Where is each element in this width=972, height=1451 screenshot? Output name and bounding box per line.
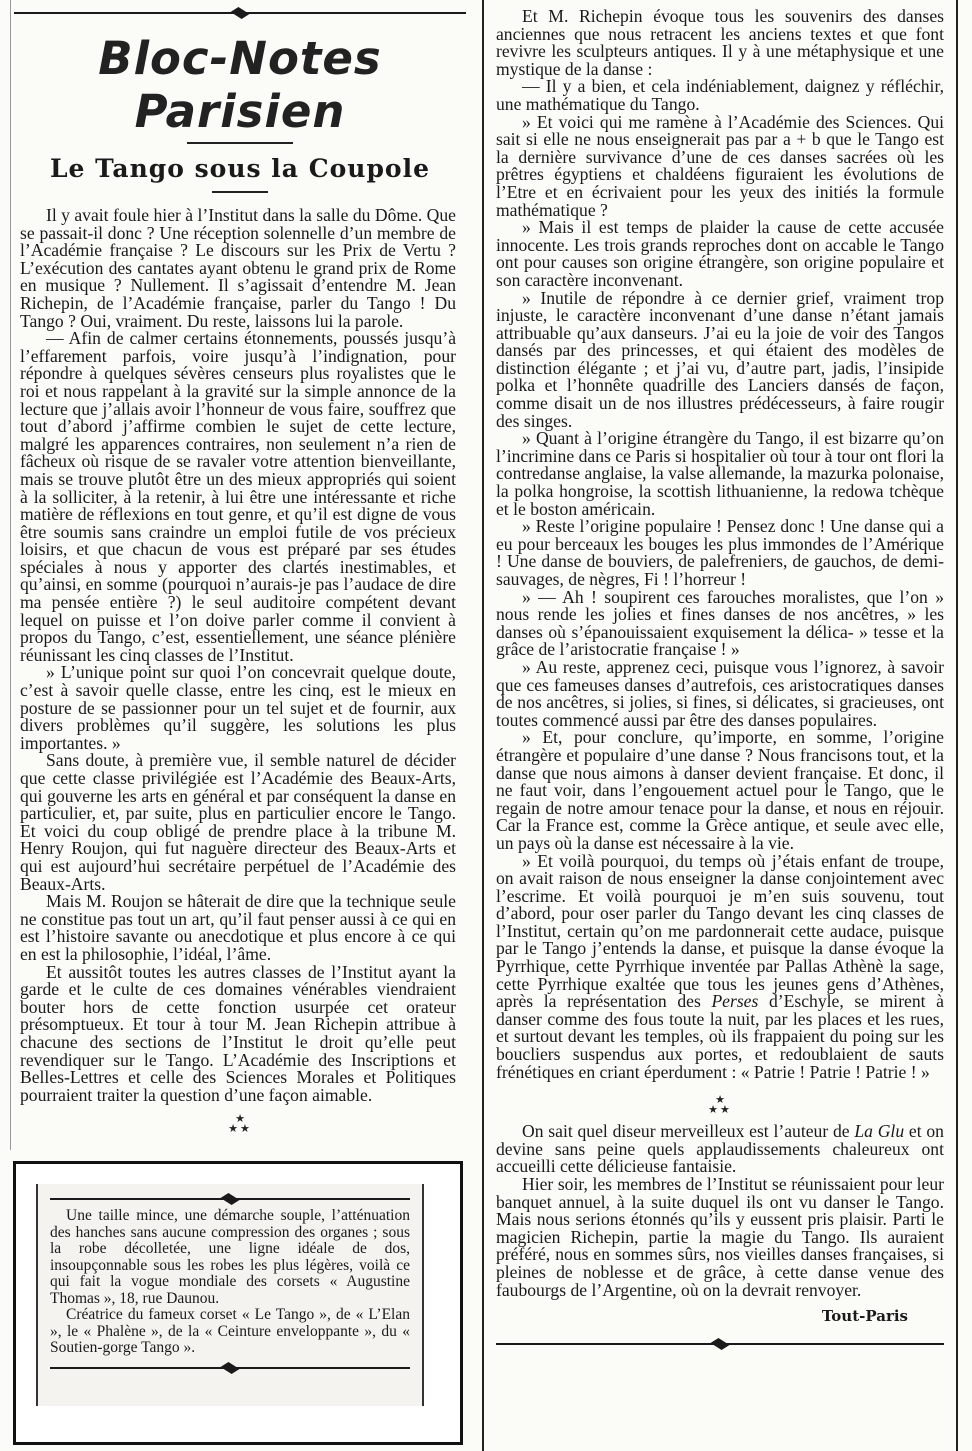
article-body-left: Il y avait foule hier à l’Institut dans …: [20, 207, 456, 1104]
paragraph: » Mais il est temps de plaider la cause …: [496, 219, 944, 289]
paragraph: Et M. Richepin évoque tous les souvenirs…: [496, 8, 944, 78]
paragraph: » Inutile de répondre à ce dernier grief…: [496, 290, 944, 431]
advertisement-text: Une taille mince, une démarche souple, l…: [50, 1208, 410, 1357]
paragraph: » L’unique point sur quoi l’on concevrai…: [20, 664, 456, 752]
paragraph-text: » Et voilà pourquoi, du temps où j’étais…: [496, 851, 944, 1012]
paragraph: Et aussitôt toutes les autres classes de…: [20, 964, 456, 1105]
section-separator-stars-icon: ★★★: [8, 1114, 472, 1134]
newspaper-page: Bloc-Notes Parisien Le Tango sous la Cou…: [0, 0, 972, 1451]
ad-paragraph: Créatrice du fameux corset « Le Tango »,…: [50, 1307, 410, 1357]
article-body-right: Et M. Richepin évoque tous les souvenirs…: [496, 8, 944, 1081]
column-border: [10, 0, 11, 1150]
advertisement-box: Une taille mince, une démarche souple, l…: [13, 1161, 463, 1445]
paragraph: Mais M. Roujon se hâterait de dire que l…: [20, 893, 456, 963]
paragraph: On sait quel diseur merveilleux est l’au…: [496, 1123, 944, 1176]
paragraph: — Il y a bien, et cela indéniablement, d…: [496, 78, 944, 113]
paragraph: » Quant à l’origine étrangère du Tango, …: [496, 430, 944, 518]
paragraph: » — Ah ! soupirent ces farouches moralis…: [496, 589, 944, 659]
paragraph: » Au reste, apprenez ceci, puisque vous …: [496, 659, 944, 729]
article-headline: Le Tango sous la Coupole: [8, 154, 472, 183]
paragraph: » Et voici qui me ramène à l’Académie de…: [496, 114, 944, 220]
article-closing: On sait quel diseur merveilleux est l’au…: [496, 1123, 944, 1299]
short-divider: [212, 191, 268, 193]
left-column: Bloc-Notes Parisien Le Tango sous la Cou…: [8, 0, 472, 1140]
section-separator-stars-icon: ★★★: [496, 1095, 944, 1115]
paragraph: Il y avait foule hier à l’Institut dans …: [20, 207, 456, 330]
paragraph: Hier soir, les membres de l’Institut se …: [496, 1176, 944, 1299]
ornamental-rule-bottom: [496, 1339, 944, 1349]
right-column: Et M. Richepin évoque tous les souvenirs…: [482, 0, 958, 1451]
ornamental-rule-top: [14, 8, 466, 18]
short-divider: [187, 142, 293, 144]
ornamental-rule: [50, 1194, 410, 1204]
paragraph: » Reste l’origine populaire ! Pensez don…: [496, 518, 944, 588]
masthead-title: Bloc-Notes Parisien: [8, 32, 472, 138]
ornamental-rule: [50, 1363, 410, 1373]
author-signature: Tout-Paris: [496, 1307, 908, 1325]
paragraph: » Et, pour conclure, qu’importe, en somm…: [496, 729, 944, 852]
paragraph: » Et voilà pourquoi, du temps où j’étais…: [496, 853, 944, 1082]
paragraph: Sans doute, à première vue, il semble na…: [20, 752, 456, 893]
ad-paragraph: Une taille mince, une démarche souple, l…: [50, 1208, 410, 1307]
advertisement-inner: Une taille mince, une démarche souple, l…: [36, 1184, 424, 1406]
paragraph: — Afin de calmer certains étonnements, p…: [20, 330, 456, 664]
